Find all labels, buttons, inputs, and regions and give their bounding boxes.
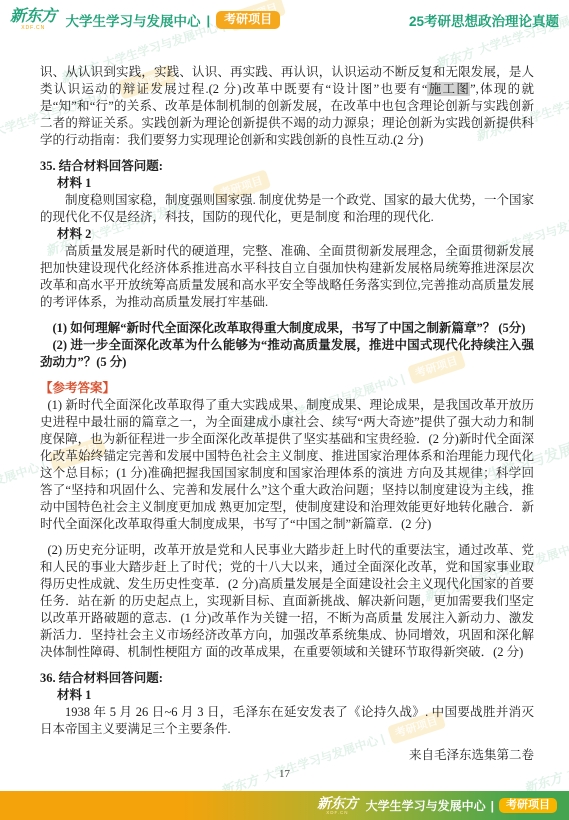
q35-material2-label: 材料 2 [57, 226, 534, 243]
q35-material1-text: 制度稳则国家稳，制度强则国家强. 制度优势是一个政党、国家的最大优势，一个国家的… [40, 192, 534, 226]
q35-material1-label: 材料 1 [57, 175, 534, 192]
q36-material1-label: 材料 1 [57, 687, 534, 704]
header-divider: | [207, 13, 211, 28]
page-footer: 新东方 XDF.CN 大学生学习与发展中心 | 考研项目 [0, 791, 569, 820]
answer-2: (2) 历史充分证明，改革开放是党和人民事业大踏步赶上时代的重要法宝，通过改革、… [40, 542, 534, 661]
question36-heading: 36. 结合材料回答问题: [40, 670, 534, 687]
kaoyan-project-badge: 考研项目 [216, 11, 280, 29]
xdf-logo-subtext: XDF.CN [21, 26, 45, 31]
footer-xdf-logo-subtext: XDF.CN [326, 811, 348, 816]
page-header: 新东方 XDF.CN 大学生学习与发展中心 | 考研项目 25考研思想政治理论真… [10, 9, 559, 31]
q35-question2: (2) 进一步全面深化改革为什么能够为“推动高质量发展，推进中国式现代化持续注入… [40, 337, 534, 371]
xdf-logo: 新东方 XDF.CN [10, 9, 57, 31]
document-content: 识、从认识到实践，实践、认识、再实践、再认识，认识运动不断反复和无限发展，是人类… [40, 64, 534, 764]
header-center-title: 大学生学习与发展中心 [66, 10, 201, 30]
q35-question1: (1) 如何理解“新时代全面深化改革取得重大制度成果，书写了中国之制新篇章”？ … [40, 320, 534, 337]
reference-answer-label: 【参考答案】 [40, 380, 534, 397]
answer-1: (1) 新时代全面深化改革取得了重大实践成果、制度成果、理论成果，是我国改革开放… [40, 397, 534, 533]
document-page: 新东方大学生学习与发展中心 |考研项目 新东方大学生学习与发展中心 |考研项目 … [0, 0, 569, 820]
page-number: 17 [0, 768, 569, 780]
header-right-title: 25考研思想政治理论真题 [409, 10, 559, 30]
xdf-logo-text: 新东方 [10, 9, 57, 25]
q36-source: 来自毛泽东选集第二卷 [40, 747, 534, 764]
q35-material2-text: 高质量发展是新时代的硬道理，完整、准确、全面贯彻新发展理念，全面贯彻新发展把加快… [40, 243, 534, 311]
question35-heading: 35. 结合材料回答问题: [40, 158, 534, 175]
footer-xdf-logo-text: 新东方 [317, 796, 358, 810]
footer-kaoyan-project-badge: 考研项目 [499, 798, 557, 813]
carryover-highlight: 施工图 [427, 82, 470, 96]
footer-divider: | [491, 799, 494, 813]
footer-xdf-logo: 新东方 XDF.CN [317, 796, 358, 816]
q36-material1-text: 1938 年 5 月 26 日~6 月 3 日，毛泽东在延安发表了《论持久战》.… [40, 704, 534, 738]
carryover-paragraph: 识、从认识到实践，实践、认识、再实践、再认识，认识运动不断反复和无限发展，是人类… [40, 64, 534, 149]
footer-title: 大学生学习与发展中心 [366, 797, 486, 814]
